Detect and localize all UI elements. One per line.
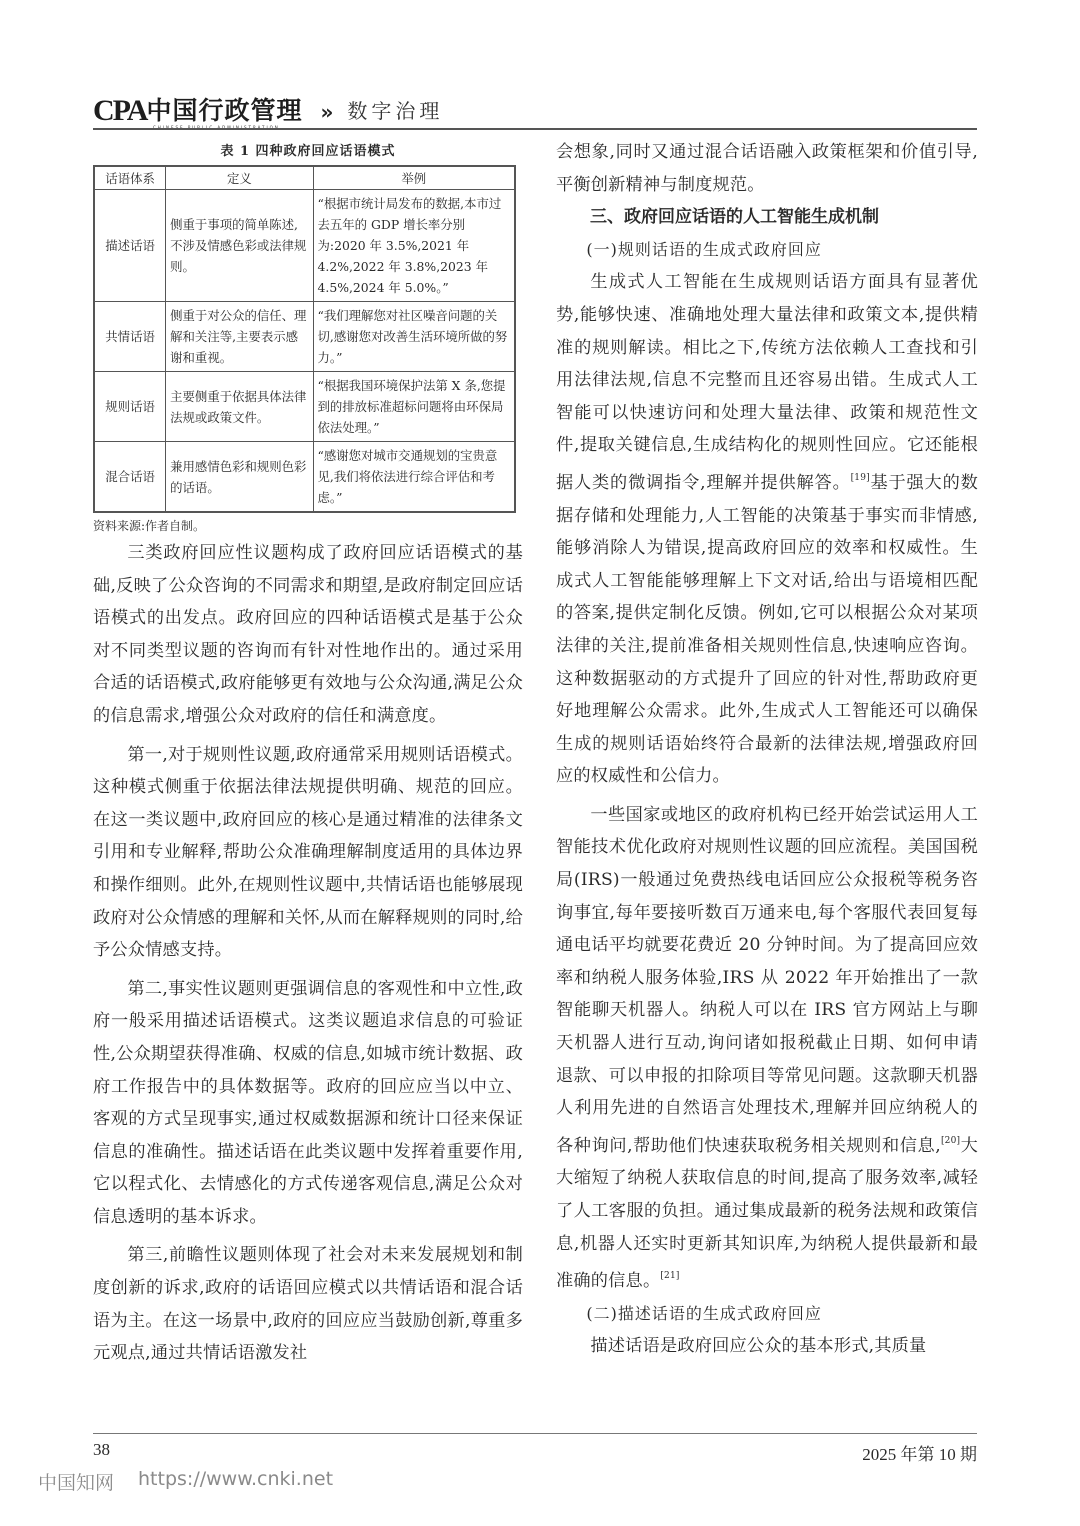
table-title: 表 1 四种政府回应话语模式 [93, 140, 523, 159]
body-paragraph: 三类政府回应性议题构成了政府回应话语模式的基础,反映了公众咨询的不同需求和期望,… [93, 537, 523, 733]
footer-divider [93, 1433, 977, 1434]
table-row: 共情话语 侧重于对公众的信任、理解和关注等,主要表示感谢和重视。 “我们理解您对… [94, 302, 515, 372]
watermark-site-name: 中国知网 [38, 1468, 114, 1495]
paragraph-text: 基于强大的数据存储和处理能力,人工智能的决策基于事实而非情感,能够消除人为错误,… [556, 473, 978, 786]
column-header: 定义 [166, 166, 313, 190]
body-paragraph: 第三,前瞻性议题则体现了社会对未来发展规划和制度创新的诉求,政府的话语回应模式以… [93, 1239, 523, 1369]
double-chevron-icon: » [320, 100, 333, 124]
column-header: 话语体系 [94, 166, 166, 190]
column-header: 举例 [313, 166, 515, 190]
subsection-heading: (一)规则话语的生成式政府回应 [556, 234, 978, 267]
cell-system: 混合话语 [94, 442, 166, 513]
table-header-row: 话语体系 定义 举例 [94, 166, 515, 190]
right-column: 会想象,同时又通过混合话语融入政策框架和价值引导,平衡创新精神与制度规范。 三、… [556, 136, 978, 1363]
table-source-note: 资料来源:作者自制。 [93, 517, 523, 535]
table-row: 描述话语 侧重于事项的简单陈述,不涉及情感色彩或法律规则。 “根据市统计局发布的… [94, 190, 515, 302]
page-number: 38 [93, 1440, 110, 1460]
watermark-url[interactable]: https://www.cnki.net [138, 1468, 333, 1495]
cell-system: 共情话语 [94, 302, 166, 372]
body-paragraph: 第二,事实性议题则更强调信息的客观性和中立性,政府一般采用描述话语模式。这类议题… [93, 973, 523, 1234]
cell-definition: 侧重于对公众的信任、理解和关注等,主要表示感谢和重视。 [166, 302, 313, 372]
section-heading: 三、政府回应话语的人工智能生成机制 [556, 201, 978, 234]
journal-name: 中国行政管理 [146, 96, 302, 126]
cell-example: “我们理解您对社区噪音问题的关切,感谢您对改善生活环境所做的努力。” [313, 302, 515, 372]
citation-ref[interactable]: [19] [851, 473, 870, 483]
body-paragraph: 第一,对于规则性议题,政府通常采用规则话语模式。这种模式侧重于依据法律法规提供明… [93, 739, 523, 967]
cell-example: “根据市统计局发布的数据,本市过去五年的 GDP 增长率分别为:2020 年 3… [313, 190, 515, 302]
paragraph-text: 生成式人工智能在生成规则话语方面具有显著优势,能够快速、准确地处理大量法律和政策… [556, 272, 978, 493]
table-row: 混合话语 兼用感情色彩和规则色彩的话语。 “感谢您对城市交通规划的宝贵意见,我们… [94, 442, 515, 513]
cell-system: 规则话语 [94, 372, 166, 442]
cell-definition: 侧重于事项的简单陈述,不涉及情感色彩或法律规则。 [166, 190, 313, 302]
body-paragraph: 描述话语是政府回应公众的基本形式,其质量 [556, 1330, 978, 1363]
journal-header: CPA 中国行政管理 CHINESE PUBLIC ADMINISTRATION… [93, 86, 977, 126]
left-column: 表 1 四种政府回应话语模式 话语体系 定义 举例 描述话语 侧重于事项的简单陈… [93, 140, 523, 1370]
discourse-modes-table: 话语体系 定义 举例 描述话语 侧重于事项的简单陈述,不涉及情感色彩或法律规则。… [93, 165, 516, 513]
paragraph-text: 一些国家或地区的政府机构已经开始尝试运用人工智能技术优化政府对规则性议题的回应流… [556, 805, 978, 1156]
cell-system: 描述话语 [94, 190, 166, 302]
journal-logo: CPA 中国行政管理 CHINESE PUBLIC ADMINISTRATION [93, 96, 302, 126]
section-name: 数字治理 [347, 95, 443, 124]
cell-definition: 主要侧重于依据具体法律法规或政策文件。 [166, 372, 313, 442]
header-divider [93, 128, 977, 130]
paragraph-text: 大大缩短了纳税人获取信息的时间,提高了服务效率,减轻了人工客服的负担。通过集成最… [556, 1136, 978, 1291]
cell-definition: 兼用感情色彩和规则色彩的话语。 [166, 442, 313, 513]
cell-example: “感谢您对城市交通规划的宝贵意见,我们将依法进行综合评估和考虑。” [313, 442, 515, 513]
body-paragraph-continued: 会想象,同时又通过混合话语融入政策框架和价值引导,平衡创新精神与制度规范。 [556, 136, 978, 201]
issue-label: 2025 年第 10 期 [862, 1440, 977, 1465]
citation-ref[interactable]: [21] [660, 1271, 679, 1281]
cpa-logo-mark: CPA [93, 96, 146, 126]
cell-example: “根据我国环境保护法第 X 条,您提到的排放标准超标问题将由环保局依法处理。” [313, 372, 515, 442]
cnki-watermark: 中国知网 https://www.cnki.net [38, 1468, 333, 1495]
citation-ref[interactable]: [20] [941, 1136, 960, 1146]
body-paragraph: 生成式人工智能在生成规则话语方面具有显著优势,能够快速、准确地处理大量法律和政策… [556, 266, 978, 793]
table-row: 规则话语 主要侧重于依据具体法律法规或政策文件。 “根据我国环境保护法第 X 条… [94, 372, 515, 442]
subsection-heading: (二)描述话语的生成式政府回应 [556, 1298, 978, 1331]
body-paragraph: 一些国家或地区的政府机构已经开始尝试运用人工智能技术优化政府对规则性议题的回应流… [556, 799, 978, 1298]
